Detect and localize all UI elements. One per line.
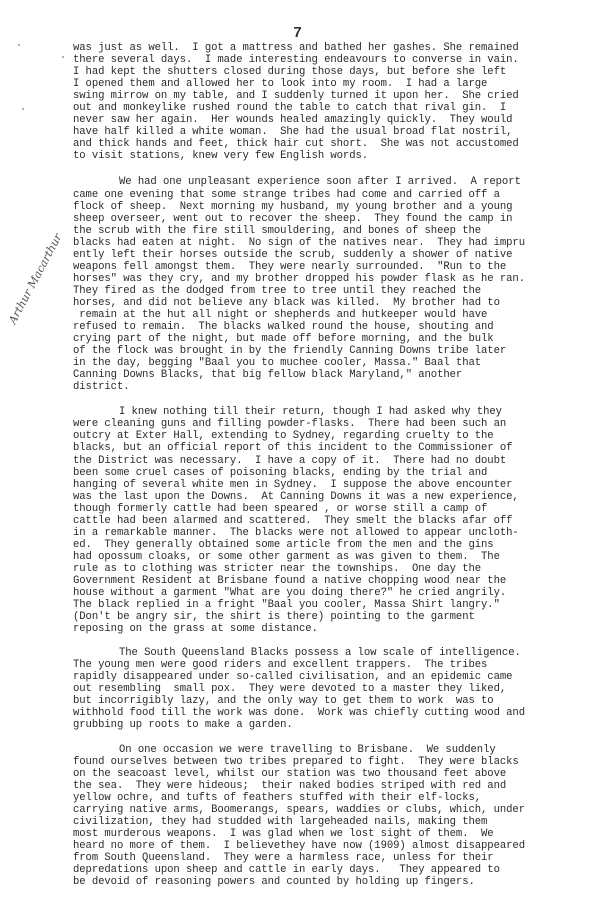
text-line: I knew nothing till their return, though… xyxy=(73,406,593,418)
text-line: horses" was they cry, and my brother dro… xyxy=(73,273,593,285)
handwritten-margin-note: Arthur Macarthur xyxy=(6,223,69,326)
text-line: weapons fell amongst them. They were nea… xyxy=(73,261,593,273)
text-line: flock of sheep. Next morning my husband,… xyxy=(73,201,593,213)
text-line: I had kept the shutters closed during th… xyxy=(73,66,593,78)
paragraph: We had one unpleasant experience soon af… xyxy=(73,176,593,393)
text-line: to visit stations, knew very few English… xyxy=(73,150,593,162)
text-line: there several days. I made interesting e… xyxy=(73,54,593,66)
text-line: been some cruel cases of poisoning black… xyxy=(73,467,593,479)
text-line: hanging of several white men in Sydney. … xyxy=(73,479,593,491)
text-line: was just as well. I got a mattress and b… xyxy=(73,42,593,54)
text-line: Government Resident at Brisbane found a … xyxy=(73,575,593,587)
paragraph: I knew nothing till their return, though… xyxy=(73,406,593,635)
text-line: in the day, begging "Baal you to muchee … xyxy=(73,357,593,369)
text-line: The black replied in a fright "Baal you … xyxy=(73,599,593,611)
text-line: heard no more of them. I believethey hav… xyxy=(73,840,593,852)
text-line: horses, and did not believe any black wa… xyxy=(73,297,593,309)
text-line: of the flock was brought in by the frien… xyxy=(73,345,593,357)
text-line: out and monkeylike rushed round the tabl… xyxy=(73,102,593,114)
paper-speck xyxy=(18,44,20,46)
text-line: but incorrigibly lazy, and the only way … xyxy=(73,695,593,707)
text-line: crying part of the night, but made off b… xyxy=(73,333,593,345)
text-line: outcry at Exter Hall, extending to Sydne… xyxy=(73,430,593,442)
document-body: was just as well. I got a mattress and b… xyxy=(73,42,593,900)
text-line: ently left their horses outside the scru… xyxy=(73,249,593,261)
text-line: grubbing up roots to make a garden. xyxy=(73,719,593,731)
text-line: though formerly cattle had been speared … xyxy=(73,503,593,515)
text-line: We had one unpleasant experience soon af… xyxy=(73,176,593,188)
text-line: and thick hands and feet, thick hair cut… xyxy=(73,138,593,150)
page-number: 7 xyxy=(0,24,595,41)
text-line: The young men were good riders and excel… xyxy=(73,659,593,671)
text-line: district. xyxy=(73,381,593,393)
text-line: the scrub with the fire still smoulderin… xyxy=(73,225,593,237)
text-line: blacks, but an official report of this i… xyxy=(73,442,593,454)
margin-note-name: Arthur Macarthur xyxy=(6,223,69,326)
paper-speck xyxy=(22,108,24,110)
text-line: cattle had been alarmed and scattered. T… xyxy=(73,515,593,527)
text-line: never saw her again. Her wounds healed a… xyxy=(73,114,593,126)
text-line: on the seacoast level, whilst our statio… xyxy=(73,768,593,780)
text-line: yellow ochre, and tufts of feathers stuf… xyxy=(73,792,593,804)
text-line: the District was necessary. I have a cop… xyxy=(73,455,593,467)
text-line: were cleaning guns and filling powder-fl… xyxy=(73,418,593,430)
text-line: I opened them and allowed her to look in… xyxy=(73,78,593,90)
text-line: in a remarkable manner. The blacks were … xyxy=(73,527,593,539)
text-line: found ourselves between two tribes prepa… xyxy=(73,756,593,768)
text-line: from South Queensland. They were a harml… xyxy=(73,852,593,864)
paragraph: The South Queensland Blacks possess a lo… xyxy=(73,647,593,731)
text-line: had opossum cloaks, or some other garmen… xyxy=(73,551,593,563)
paragraph: was just as well. I got a mattress and b… xyxy=(73,42,593,162)
text-line: house without a garment "What are you do… xyxy=(73,587,593,599)
text-line: sheep overseer, went out to recover the … xyxy=(73,213,593,225)
text-line: remain at the hut all night or shepherds… xyxy=(73,309,593,321)
text-line: They fired as the dodged from tree to tr… xyxy=(73,285,593,297)
text-line: civilization, they had studded with larg… xyxy=(73,816,593,828)
text-line: On one occasion we were travelling to Br… xyxy=(73,744,593,756)
text-line: depredations upon sheep and cattle in ea… xyxy=(73,864,593,876)
text-line: came one evening that some strange tribe… xyxy=(73,189,593,201)
text-line: carrying native arms, Boomerangs, spears… xyxy=(73,804,593,816)
paragraph: On one occasion we were travelling to Br… xyxy=(73,744,593,889)
text-line: have half killed a white woman. She had … xyxy=(73,126,593,138)
text-line: the sea. They were hideous; their naked … xyxy=(73,780,593,792)
paper-speck xyxy=(62,56,64,58)
text-line: swing mirrow on my table, and I suddenly… xyxy=(73,90,593,102)
text-line: Canning Downs Blacks, that big fellow bl… xyxy=(73,369,593,381)
text-line: refused to remain. The blacks walked rou… xyxy=(73,321,593,333)
text-line: most murderous weapons. I was glad when … xyxy=(73,828,593,840)
text-line: reposing on the grass at some distance. xyxy=(73,623,593,635)
text-line: out resembling small pox. They were devo… xyxy=(73,683,593,695)
text-line: withhold food till the work was done. Wo… xyxy=(73,707,593,719)
text-line: ed. They generally obtained some article… xyxy=(73,539,593,551)
text-line: (Don't be angry sir, the shirt is there)… xyxy=(73,611,593,623)
text-line: The South Queensland Blacks possess a lo… xyxy=(73,647,593,659)
text-line: was the last upon the Downs. At Canning … xyxy=(73,491,593,503)
text-line: blacks had eaten at night. No sign of th… xyxy=(73,237,593,249)
text-line: be devoid of reasoning powers and counte… xyxy=(73,876,593,888)
text-line: rule as to clothing was stricter near th… xyxy=(73,563,593,575)
text-line: rapidly disappeared under so-called civi… xyxy=(73,671,593,683)
